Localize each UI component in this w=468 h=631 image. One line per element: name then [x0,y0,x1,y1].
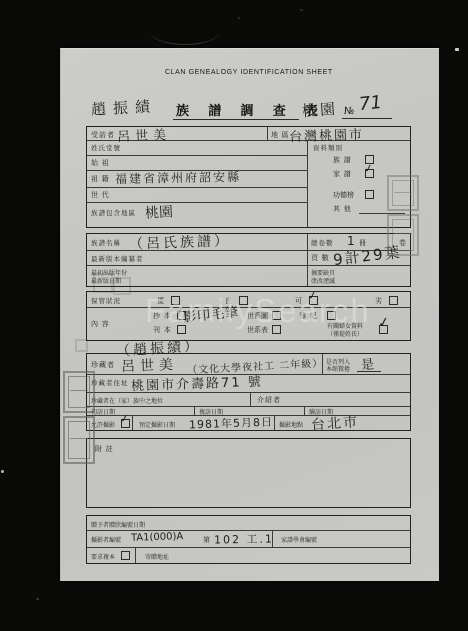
grid-line [87,202,307,203]
photographer-no-value: TA1(000)A [131,531,184,544]
volumes-label: 總卷數 [311,238,334,247]
grid-line [135,547,136,563]
remarks-label: 附 註 [95,444,114,454]
grid-line [307,234,308,286]
category-option-jiapu: 家 譜 [333,169,352,179]
film-place-label: 攝影地點 [279,420,303,429]
holder-address-label: 珍藏者住址 [91,378,129,387]
volume-table: 族譜名稱 （呂氏族譜） 最新版本編纂者 最初出版年份 最新版日期 總卷數 1 冊… [86,233,411,287]
checkbox-gongdebang [365,190,374,199]
film-date-label: 預定攝影日期 [139,420,175,429]
scan-artifact [455,48,459,51]
category-label: 資料類別 [313,143,343,152]
checkbox-poor [389,296,398,305]
scan-artifact [150,18,220,45]
checkbox-lineage-chart [272,311,281,320]
title-underline [173,119,299,120]
grid-line [87,307,410,308]
checkbox-good [239,296,248,305]
coverage-value: 桃園 [144,201,173,222]
grid-line [87,406,410,407]
grid-line [194,406,195,415]
form-page: FamilySearch CLAN GENEALOGY IDENTIFICATI… [60,48,439,581]
scan-artifact [36,598,39,600]
pages-label: 頁 數 [311,253,330,263]
seal-glyph [63,371,95,413]
region-value: 台灣桃園市 [289,124,365,146]
category-option-zupu: 族 譜 [333,155,352,165]
content-opt-lineage-table: 世系表 [247,325,268,335]
category-option-gongdebang: 功德榜 [333,190,354,200]
roll-label: 第 [203,535,211,545]
holder-value: 呂世美 [121,354,179,376]
introducer-label: 介紹者 [257,395,281,405]
checkmark-fair: ✓ [307,289,318,301]
first-ancestor-label: 始 祖 [91,158,110,168]
category-option-other: 其 他 [333,204,352,214]
grid-line [87,187,307,188]
content-opt-manuscript: 抄 本 [153,311,172,321]
film-place-value: 台北市 [310,411,359,434]
holder-position-label: 珍藏者在（家）族中之地位 [91,396,163,405]
condition-table: 保管狀況 優 良 可 ✓ 劣 內 容 抄 本 ✓ 影印毛筆 世系圖 傳 記 刊 … [86,291,411,341]
cond-opt-poor: 劣 [375,296,383,306]
seal-glyph [387,214,419,256]
interviewee-value: 呂世美 [117,124,172,145]
request-copy-label: 要求複本 [91,552,115,561]
grid-line [267,127,268,140]
latest-pub-label: 最新版日期 [91,276,121,285]
content-opt-women-line2: （僅提姓氏） [327,329,363,338]
holder-address-value: 桃園市介壽路71 號 [131,371,263,395]
scanned-document-frame: FamilySearch CLAN GENEALOGY IDENTIFICATI… [0,0,468,631]
keep-condition-label: 保管狀況 [91,296,121,305]
title-hand-place: 桃園 [301,98,338,121]
archive-seal-stamp [63,371,95,467]
scan-artifact [1,470,4,473]
title-hand-clan-name: 趙振績 [90,95,157,119]
remarks-box: 附 註 [86,438,411,508]
checkbox-printed [177,325,186,334]
grid-line [132,415,133,430]
archive-seal-stamp [387,175,419,259]
genealogy-name-value: （呂氏族譜） [129,230,232,254]
checkmark-women: ✓ [377,315,391,331]
region-label: 地 區 [271,130,290,140]
seal-glyph [63,416,95,464]
filing-table: 贈予者贈狀編號日期 攝影者編號 TA1(000)A 第 102 工.1 家譜學會… [86,515,411,564]
generations-label: 世 代 [91,190,110,200]
grid-line [274,415,275,430]
checkbox-biography [327,311,336,320]
interviewee-table: 受訪者 呂世美 地 區 台灣桃園市 姓氏堂號 始 祖 祖 籍 福建省漳州府詔安縣… [86,126,411,228]
checkmark-jiapu: ✓ [363,162,374,174]
checkbox-request-copy [121,551,130,560]
grid-line [250,392,251,406]
mail-address-label: 寄贈地址 [145,552,169,561]
editor-label: 最新版本編纂者 [91,254,144,263]
content-opt-lineage-chart: 世系圖 [247,311,268,321]
defect-label-2: 塗改湮滅 [311,276,335,285]
microfilm-value: 是 [360,353,375,373]
interviewee-label: 受訪者 [91,130,115,140]
coverage-label: 族譜包含地區 [91,208,136,217]
scan-artifact [238,17,240,19]
society-no-label: 家譜學會編號 [281,535,317,544]
holder-label: 珍藏者 [91,360,115,370]
content-opt-biography: 傳 記 [299,311,318,321]
content-hand-note: 影印毛筆 [182,301,240,326]
grid-line [307,140,308,227]
grid-line [87,155,307,156]
english-sheet-title: CLAN GENEALOGY IDENTIFICATION SHEET [165,69,333,76]
film-date-value: 1981年5月8日 [189,414,274,433]
photographer-no-label: 攝影者編號 [91,535,121,544]
roll-value: 102 工.1 [214,530,274,547]
grid-line [304,406,305,415]
ancestral-home-value: 福建省漳州府詔安縣 [115,168,241,187]
donation-cert-label: 贈予者贈狀編號日期 [91,520,145,529]
holder-table: 珍藏者 呂世美 （文化大學夜社工 二年級） 是否列入 本館微捲 是 珍藏者住址 … [86,353,411,431]
cond-opt-fair: 可 [295,296,303,306]
cond-opt-excellent: 優 [157,296,165,306]
content-label: 內 容 [91,319,110,329]
content-opt-printed: 刊 本 [153,325,172,335]
genealogy-name-label: 族譜名稱 [91,238,121,247]
checkbox-lineage-table [272,325,281,334]
microfilm-label-2: 本館微捲 [326,364,350,373]
ancestral-home-label: 祖 籍 [91,174,110,184]
scan-artifact [300,9,303,11]
seal-glyph [387,175,419,211]
title-hand-number: 71 [358,92,383,115]
checkmark-permit: ✓ [119,412,130,424]
title-no-symbol: № [344,106,354,117]
number-underline [342,118,392,119]
